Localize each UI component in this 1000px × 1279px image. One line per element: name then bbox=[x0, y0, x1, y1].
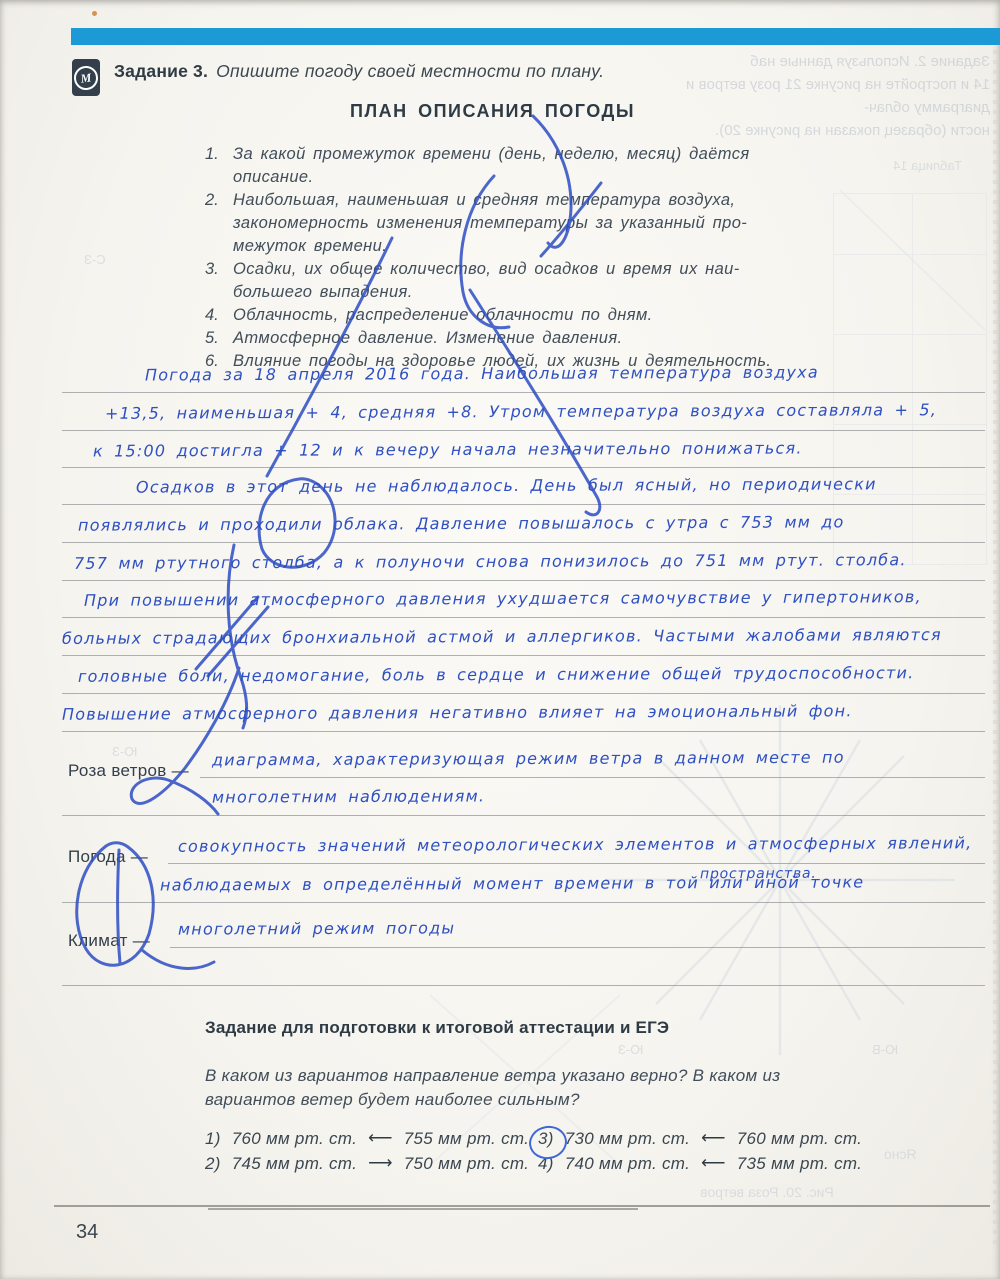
exam-option-3: 3) 730 мм рт. ст. ⟵ 760 мм рт. ст. bbox=[538, 1129, 862, 1149]
ruled-line bbox=[62, 430, 985, 431]
method-badge-icon: М bbox=[72, 59, 100, 96]
ruled-line bbox=[62, 815, 985, 816]
accent-bar bbox=[71, 28, 1000, 45]
plan-item-number: 3. bbox=[205, 258, 233, 304]
bleedthrough-compass-label: Ю-З bbox=[112, 744, 137, 759]
plan-item-text: Наибольшая, наименьшая и средняя темпера… bbox=[233, 189, 747, 258]
definition-label-wind-rose: Роза ветров — bbox=[68, 761, 189, 781]
ruled-line bbox=[62, 580, 985, 581]
exam-option-4: 4) 740 мм рт. ст. ⟵ 735 мм рт. ст. bbox=[538, 1154, 862, 1174]
handwritten-line: к 15:00 достигла + 12 и к вечеру начала … bbox=[93, 438, 803, 460]
plan-item: 5.Атмосферное давление. Изменение давлен… bbox=[205, 327, 805, 350]
definition-label-climate: Климат — bbox=[68, 931, 150, 951]
plan-item-number: 1. bbox=[205, 143, 233, 189]
scan-speck bbox=[92, 11, 97, 16]
option-number: 1) bbox=[205, 1129, 221, 1149]
handwritten-definition: многолетний режим погоды bbox=[178, 918, 455, 938]
ruled-line bbox=[62, 504, 985, 505]
handwritten-line: 757 мм ртутного столба, а к полуночи сно… bbox=[74, 550, 907, 573]
task-header: Задание 3.Опишите погоду своей местности… bbox=[114, 61, 604, 82]
bleedthrough-compass-label: Ю-З bbox=[618, 1042, 643, 1057]
ruled-line bbox=[200, 777, 985, 778]
option-to: 750 мм рт. ст. bbox=[404, 1154, 529, 1174]
page-number: 34 bbox=[76, 1221, 98, 1244]
handwritten-line: головные боли, недомогание, боль в сердц… bbox=[78, 663, 914, 686]
task-text: Опишите погоду своей местности по плану. bbox=[216, 61, 604, 81]
definition-label-weather: Погода — bbox=[68, 847, 148, 867]
exam-option-1: 1) 760 мм рт. ст. ⟵ 755 мм рт. ст. bbox=[205, 1129, 529, 1149]
ruled-line bbox=[62, 902, 985, 903]
ruled-line bbox=[62, 467, 985, 468]
bleedthrough-fig-caption: Рис. 20. Роза ветров bbox=[700, 1184, 834, 1200]
ruled-line bbox=[62, 693, 985, 694]
option-from: 760 мм рт. ст. bbox=[232, 1129, 357, 1149]
bleedthrough-table-grid bbox=[833, 193, 987, 565]
ruled-line bbox=[62, 392, 985, 393]
option-from: 730 мм рт. ст. bbox=[565, 1129, 690, 1149]
handwritten-definition: многолетним наблюдениям. bbox=[212, 786, 485, 806]
option-to: 735 мм рт. ст. bbox=[737, 1154, 862, 1174]
plan-item: 3.Осадки, их общее количество, вид осадк… bbox=[205, 258, 805, 304]
option-number: 2) bbox=[205, 1154, 221, 1174]
plan-title: ПЛАН ОПИСАНИЯ ПОГОДЫ bbox=[0, 101, 985, 122]
plan-item-number: 2. bbox=[205, 189, 233, 258]
plan-list: 1.За какой промежуток времени (день, нед… bbox=[205, 143, 805, 373]
handwritten-line: Погода за 18 апреля 2016 года. Наибольша… bbox=[145, 363, 819, 385]
bleedthrough-clear-label: Ясно bbox=[884, 1146, 917, 1162]
arrow-left-icon: ⟵ bbox=[701, 1153, 726, 1173]
plan-item: 2.Наибольшая, наименьшая и средняя темпе… bbox=[205, 189, 805, 258]
bleedthrough-line: ности (образец показан на рисунке 20). bbox=[640, 119, 990, 142]
bleedthrough-line: Задание 2. Используя данные наб bbox=[640, 50, 990, 73]
ruled-line bbox=[62, 542, 985, 543]
bleedthrough-compass-label: С-З bbox=[84, 252, 106, 267]
exam-heading: Задание для подготовки к итоговой аттест… bbox=[205, 1018, 669, 1038]
handwritten-line: Осадков в этот день не наблюдалось. День… bbox=[136, 474, 877, 496]
plan-item-text: Облачность, распределение облачности по … bbox=[233, 304, 653, 327]
plan-item-number: 4. bbox=[205, 304, 233, 327]
option-from: 740 мм рт. ст. bbox=[565, 1154, 690, 1174]
ruled-line bbox=[62, 731, 985, 732]
exam-option-2: 2) 745 мм рт. ст. ⟶ 750 мм рт. ст. bbox=[205, 1154, 529, 1174]
handwritten-line: появлялись и проходили облака. Давление … bbox=[78, 512, 845, 534]
handwritten-line: Повышение атмосферного давления негативн… bbox=[62, 701, 853, 723]
option-to: 755 мм рт. ст. bbox=[404, 1129, 529, 1149]
bleedthrough-compass-label: Ю-В bbox=[872, 1042, 898, 1057]
arrow-left-icon: ⟵ bbox=[701, 1128, 726, 1148]
bottom-separator-line bbox=[54, 1205, 990, 1207]
plan-item-text: Осадки, их общее количество, вид осадков… bbox=[233, 258, 740, 304]
handwritten-definition: диаграмма, характеризующая режим ветра в… bbox=[212, 748, 845, 770]
plan-item: 4.Облачность, распределение облачности п… bbox=[205, 304, 805, 327]
plan-item-text: За какой промежуток времени (день, недел… bbox=[233, 143, 750, 189]
bleedthrough-table-caption: Таблица 14 bbox=[893, 158, 962, 173]
workbook-page: Задание 2. Используя данные наб 14 и пос… bbox=[0, 0, 1000, 1279]
ruled-line bbox=[170, 947, 985, 948]
option-to: 760 мм рт. ст. bbox=[737, 1129, 862, 1149]
arrow-left-icon: ⟵ bbox=[368, 1128, 393, 1148]
ruled-line bbox=[62, 985, 985, 986]
handwritten-definition: совокупность значений метеорологических … bbox=[178, 833, 972, 855]
ruled-line bbox=[62, 617, 985, 618]
plan-item: 1.За какой промежуток времени (день, нед… bbox=[205, 143, 805, 189]
handwritten-line: больных страдающих бронхиальной астмой и… bbox=[62, 625, 942, 648]
ruled-line bbox=[62, 655, 985, 656]
handwritten-line: +13,5, наименьшая + 4, средняя +8. Утром… bbox=[105, 400, 937, 423]
exam-question: В каком из вариантов направление ветра у… bbox=[205, 1064, 790, 1112]
bleedthrough-task-text: Задание 2. Используя данные наб 14 и пос… bbox=[640, 50, 990, 142]
bottom-separator-shadow bbox=[208, 1208, 638, 1210]
scan-edge-perforation bbox=[993, 40, 998, 1250]
plan-item-text: Атмосферное давление. Изменение давления… bbox=[233, 327, 623, 350]
badge-letter: М bbox=[72, 64, 99, 91]
handwritten-line: При повышении атмосферного давления ухуд… bbox=[84, 587, 922, 610]
arrow-right-icon: ⟶ bbox=[368, 1153, 393, 1173]
plan-item-number: 5. bbox=[205, 327, 233, 350]
ruled-line bbox=[168, 863, 985, 864]
handwritten-definition: наблюдаемых в определённый момент времен… bbox=[160, 872, 864, 894]
option-from: 745 мм рт. ст. bbox=[232, 1154, 357, 1174]
task-label: Задание 3. bbox=[114, 61, 208, 81]
